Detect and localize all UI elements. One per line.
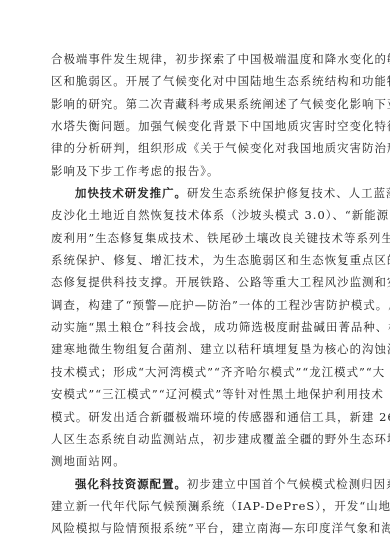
text-line-first: 强化科技资源配置。初步建立中国首个气候模式检测归因系统， <box>51 473 341 495</box>
text-line: 影响的研究。第二次青藏科考成果系统阐述了气候变化影响下亚洲 <box>51 93 341 115</box>
text-line: 皮沙化土地近自然恢复技术体系（沙坡头模式 3.0）、“新能源+固 <box>51 204 341 226</box>
text-line: 模式。研发出适合新疆极端环境的传感器和通信工具，新建 26 个无 <box>51 406 341 428</box>
text-line: 废利用”生态修复集成技术、铁尾砂土壤改良关键技术等系列生态 <box>51 227 341 249</box>
text-line: 区和脆弱区。开展了气候变化对中国陆地生态系统结构和功能特征 <box>51 70 341 92</box>
paragraph-climate-research: 合极端事件发生规律，初步探索了中国极端温度和降水变化的敏感 区和脆弱区。开展了气… <box>51 48 341 182</box>
text-line: 律的分析研判，组织形成《关于气候变化对我国地质灾害防治形势 <box>51 137 341 159</box>
text-line-rest: 研发生态系统保护修复技术、人工蓝藻结 <box>187 186 390 200</box>
section-heading-resource-allocation: 强化科技资源配置。 <box>75 477 187 491</box>
text-line: 人区生态系统自动监测站点，初步建成覆盖全疆的野外生态环境监 <box>51 428 341 450</box>
text-line: 系统保护、修复、增汇技术，为生态脆弱区和生态恢复重点区的生 <box>51 249 341 271</box>
text-line: 测地面站网。 <box>51 450 341 472</box>
text-line-rest: 初步建立中国首个气候模式检测归因系统， <box>187 477 390 491</box>
text-line: 态修复提供科技支撑。开展铁路、公路等重大工程风沙监测和灾害 <box>51 271 341 293</box>
text-line: 调查，构建了“预警—庇护—防治”一体的工程沙害防护模式。启 <box>51 294 341 316</box>
text-line: 风险模拟与险情预报系统”平台，建立南海—东印度洋气象和海洋 <box>51 517 341 539</box>
text-line-first: 加快技术研发推广。研发生态系统保护修复技术、人工蓝藻结 <box>51 182 341 204</box>
text-line: 技术模式；形成“大河湾模式”“齐齐哈尔模式”“龙江模式”“大 <box>51 361 341 383</box>
text-line: 合极端事件发生规律，初步探索了中国极端温度和降水变化的敏感 <box>51 48 341 70</box>
paragraph-tech-rnd: 加快技术研发推广。研发生态系统保护修复技术、人工蓝藻结 皮沙化土地近自然恢复技术… <box>51 182 341 472</box>
text-line: 安模式”“三江模式”“辽河模式”等针对性黑土地保护利用技术 <box>51 383 341 405</box>
section-heading-tech-rnd: 加快技术研发推广。 <box>75 186 187 200</box>
text-line: 建寒地微生物组复合菌剂、建立以秸秆填埋复垦为核心的沟蚀治理 <box>51 338 341 360</box>
text-line: 影响及下步工作考虑的报告》。 <box>51 160 341 182</box>
page-number: 27 <box>0 504 390 512</box>
text-line: 动实施“黑土粮仓”科技会战，成功筛选极度耐盐碱田菁品种、构 <box>51 316 341 338</box>
text-line: 水塔失衡问题。加强气候变化背景下中国地质灾害时空变化特征规 <box>51 115 341 137</box>
document-page-body: 合极端事件发生规律，初步探索了中国极端温度和降水变化的敏感 区和脆弱区。开展了气… <box>51 48 341 540</box>
